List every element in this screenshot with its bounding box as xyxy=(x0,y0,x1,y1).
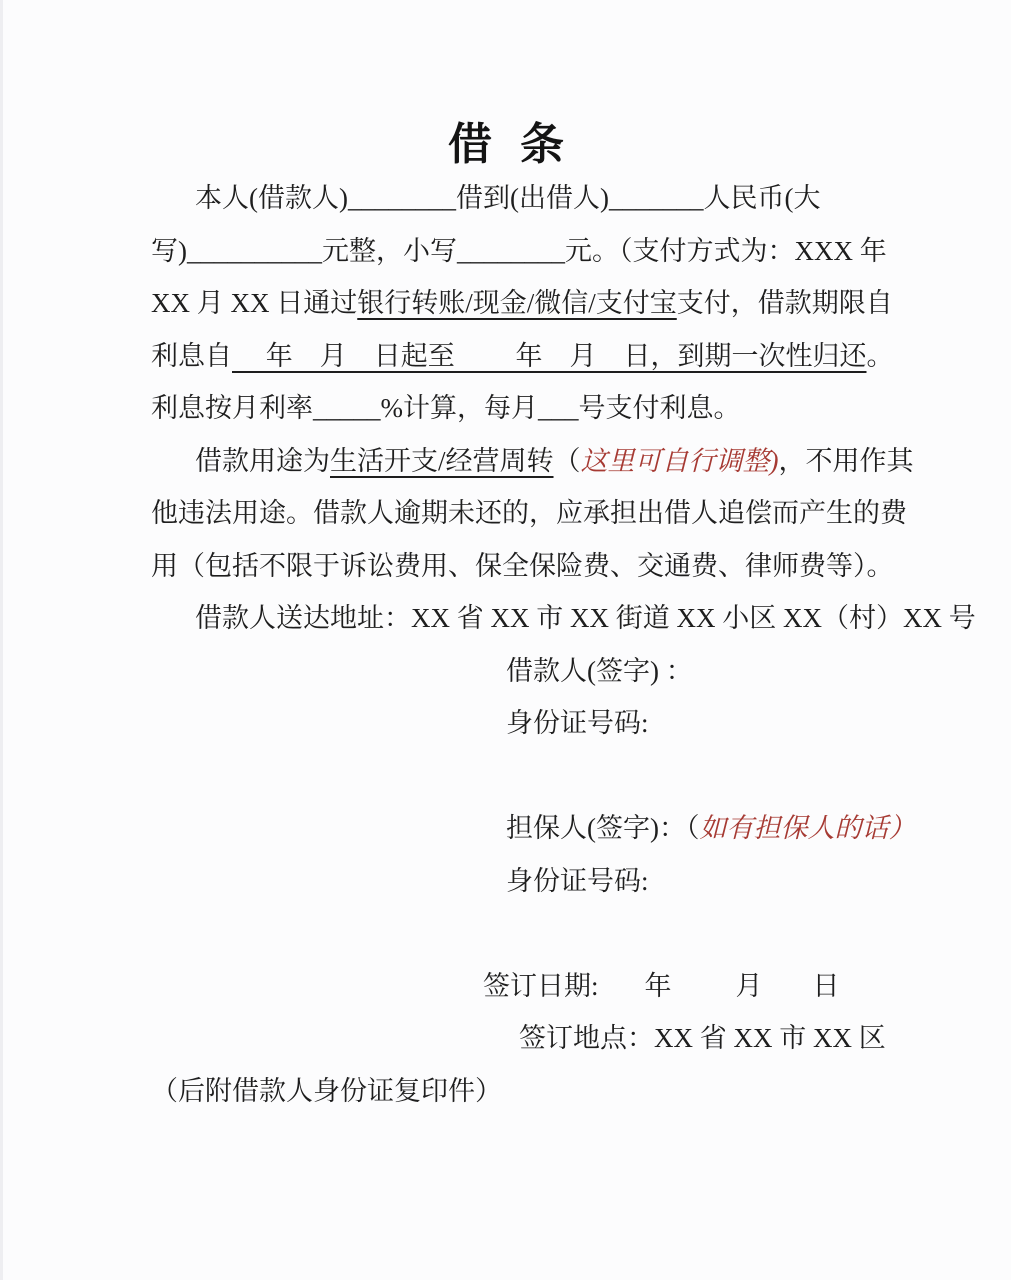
year-label: 年 xyxy=(645,971,672,1001)
footer-note-line: （后附借款人身份证复印件） xyxy=(151,1065,888,1118)
editable-note-red: 这里可自行调整) xyxy=(581,446,779,476)
loan-purpose-underlined: 生活开支/经营周转 xyxy=(330,446,554,476)
para2-line3: 用（包括不限于诉讼费用、保全保险费、交通费、律师费等）。 xyxy=(151,540,888,593)
guarantor-id-label: 身份证号码: xyxy=(151,855,888,908)
para1-line5: 利息按月利率_____%计算，每月___号支付利息。 xyxy=(151,382,888,435)
signing-date-line: 签订日期:年月日 xyxy=(151,960,888,1013)
month-label: 月 xyxy=(736,971,763,1001)
guarantor-signature-line: 担保人(签字)：（如有担保人的话） xyxy=(151,802,888,855)
day-label: 日 xyxy=(813,971,840,1001)
blank-amount-words: __________ xyxy=(187,236,322,266)
para1-line4: 利息自 年 月 日起至 年 月 日，到期一次性归还。 xyxy=(151,330,888,383)
spacer-line xyxy=(151,907,888,960)
para1-line2: 写)__________元整，小写________元。（支付方式为：XXX 年 xyxy=(151,225,888,278)
document-body: 本人(借款人)________借到(出借人)_______人民币(大 写)___… xyxy=(151,172,888,1117)
para2-line2: 他违法用途。借款人逾期未还的，应承担出借人追偿而产生的费 xyxy=(151,487,888,540)
blank-interest-rate: _____ xyxy=(313,393,381,423)
text-run: 元。（支付方式为：XXX 年 xyxy=(565,236,887,266)
borrower-signature-label: 借款人(签字) ： xyxy=(151,645,888,698)
text-run: ，不用作其 xyxy=(779,446,914,476)
blank-lender-name: _______ xyxy=(609,183,704,213)
borrower-address-line: 借款人送达地址：XX 省 XX 市 XX 街道 XX 小区 XX（村）XX 号 xyxy=(151,592,888,645)
loan-term-underlined: 年 月 日起至 年 月 日，到期一次性归还 xyxy=(232,341,867,371)
blank-amount-figures: ________ xyxy=(457,236,565,266)
iou-document-page: 借 条 本人(借款人)________借到(出借人)_______人民币(大 写… xyxy=(0,0,1011,1280)
text-run: 写) xyxy=(151,236,187,266)
spacer-line xyxy=(151,750,888,803)
text-run: 利息按月利率 xyxy=(151,393,313,423)
document-title: 借 条 xyxy=(3,108,1011,172)
para2-line1: 借款用途为生活开支/经营周转（这里可自行调整)，不用作其 xyxy=(151,435,888,488)
guarantor-signature-label: 担保人(签字)：（ xyxy=(506,813,699,843)
text-run: 支付，借款期限自 xyxy=(677,288,893,318)
text-run: 借款用途为 xyxy=(195,446,330,476)
text-run: 元整，小写 xyxy=(322,236,457,266)
text-run: 人民币(大 xyxy=(703,183,820,213)
text-run: （ xyxy=(554,446,581,476)
borrower-id-label: 身份证号码: xyxy=(151,697,888,750)
signing-date-label: 签订日期: xyxy=(483,971,599,1001)
scanned-document: { "colors": { "paper": "#fcfcfd", "ink":… xyxy=(0,0,1011,1280)
payment-methods-underlined: 银行转账/现金/微信/支付宝 xyxy=(357,288,677,318)
para1-line3: XX 月 XX 日通过银行转账/现金/微信/支付宝支付，借款期限自 xyxy=(151,277,888,330)
text-run: 。 xyxy=(867,341,894,371)
text-run: XX 月 XX 日通过 xyxy=(151,288,357,318)
text-run: 号支付利息。 xyxy=(579,393,741,423)
text-run: 借到(出借人) xyxy=(456,183,609,213)
text-run: 本人(借款人) xyxy=(195,183,348,213)
blank-borrower-name: ________ xyxy=(348,183,456,213)
blank-pay-day: ___ xyxy=(538,393,579,423)
text-run: 利息自 xyxy=(151,341,232,371)
text-run: %计算，每月 xyxy=(381,393,539,423)
guarantor-note-red: 如有担保人的话） xyxy=(699,813,915,843)
para1-line1: 本人(借款人)________借到(出借人)_______人民币(大 xyxy=(151,172,888,225)
signing-place-line: 签订地点：XX 省 XX 市 XX 区 xyxy=(151,1012,888,1065)
